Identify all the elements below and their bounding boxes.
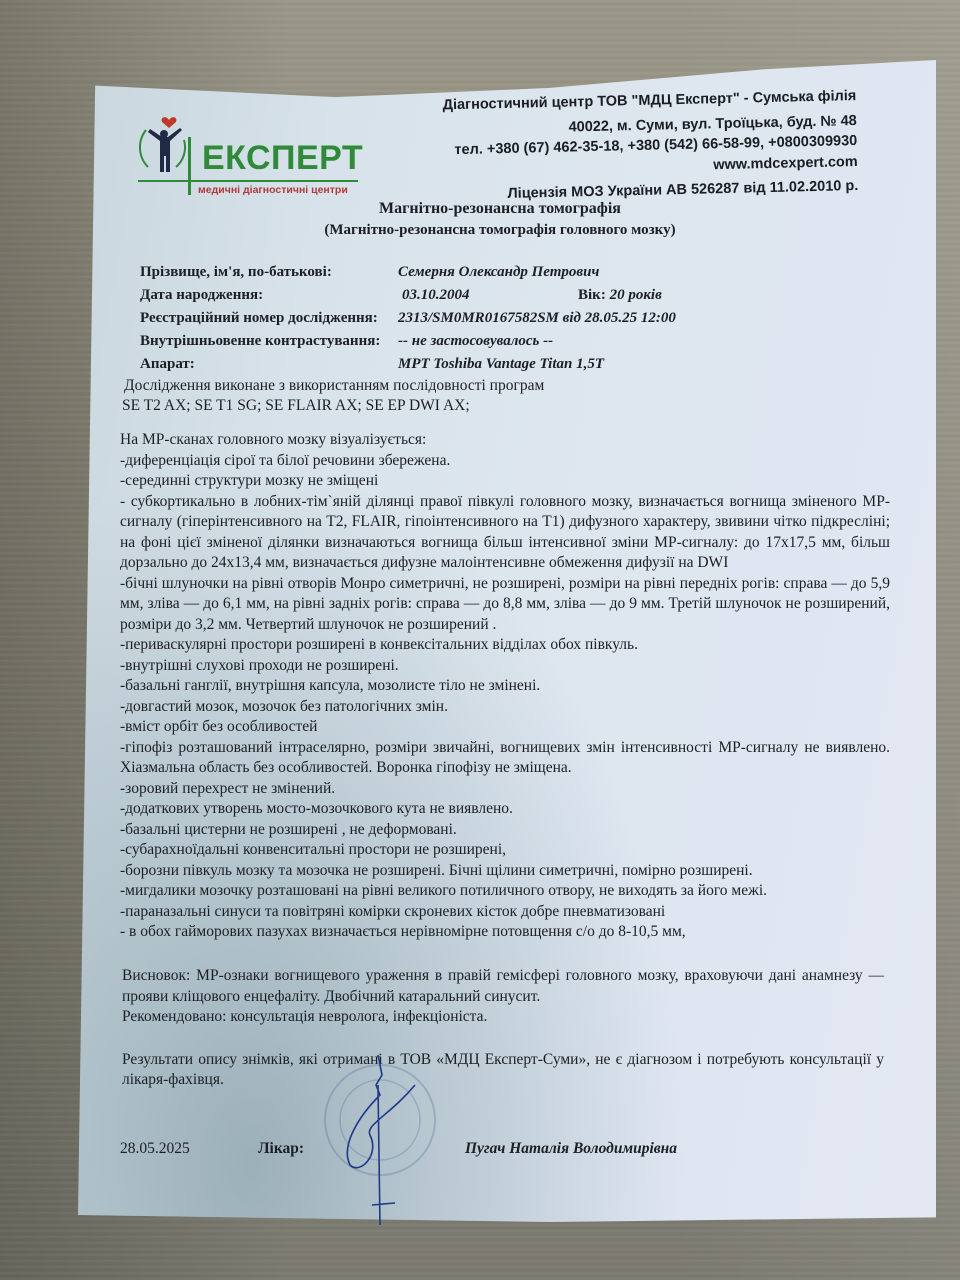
sequences-list: SE T2 AX; SE T1 SG; SE FLAIR AX; SE EP D… [122,397,470,415]
logo-vertical-line [188,137,191,195]
patient-name-label: Прізвище, ім'я, по-батькові: [140,264,332,281]
finding-item: -внутрішні слухові проходи не розширені. [120,656,890,677]
findings-intro: На МР-сканах головного мозку візуалізуєт… [120,430,890,451]
finding-item: -додаткових утворень мосто-мозочкового к… [120,799,890,820]
logo-tagline: медичні діагностичні центри [198,184,348,196]
report-date: 28.05.2025 [120,1140,190,1158]
age-label: Вік: [578,287,606,303]
registration-label: Реєстраційний номер дослідження: [140,310,378,327]
conclusion-section: Висновок: МР-ознаки вогнищевого ураження… [122,966,884,1091]
dob-value: 03.10.2004 [402,287,470,304]
doctor-name: Пугач Наталія Володимирівна [465,1140,677,1158]
document-subtitle: (Магнітно-резонансна томографія головног… [200,222,800,239]
conclusion-text: Висновок: МР-ознаки вогнищевого ураження… [122,966,884,1007]
registration-value: 2313/SM0MR0167582SM від 28.05.25 12:00 [398,310,676,327]
finding-item: -довгастий мозок, мозочок без патологічн… [120,697,890,718]
finding-item: -бічні шлуночки на рівні отворів Монро с… [120,574,890,636]
finding-item: -гіпофіз розташований інтраселярно, розм… [120,738,890,779]
finding-item: -диференціація сірої та білої речовини з… [120,451,890,472]
document-title: Магнітно-резонансна томографія [200,200,800,218]
finding-item: -борозни півкуль мозку та мозочка не роз… [120,861,890,882]
finding-item: -базальні ганглії, внутрішня капсула, мо… [120,676,890,697]
doctor-signature [320,1055,440,1225]
findings-section: На МР-сканах головного мозку візуалізуєт… [120,430,890,943]
device-label: Апарат: [140,356,195,373]
finding-item: - в обох гайморових пазухах визначається… [120,922,890,943]
finding-item: -мигдалики мозочку розташовані на рівні … [120,881,890,902]
sequences-intro: Дослідження виконане з використанням пос… [124,377,544,395]
finding-item: -параназальні синуси та повітряні комірк… [120,902,890,923]
medical-report: ЕКСПЕРТ медичні діагностичні центри Діаг… [0,0,960,1280]
findings-list: -диференціація сірої та білої речовини з… [120,451,890,943]
finding-item: -зоровий перехрест не змінений. [120,779,890,800]
clinic-header: Діагностичний центр ТОВ "МДЦ Експерт" - … [336,86,858,208]
clinic-logo: ЕКСПЕРТ медичні діагностичні центри [136,112,366,202]
age-field: Вік: 20 років [578,287,662,304]
doctor-label: Лікар: [258,1140,304,1158]
disclaimer-text: Результати опису знімків, які отримані в… [122,1050,884,1091]
finding-item: -серединні структури мозку не зміщені [120,471,890,492]
finding-item: -вміст орбіт без особливостей [120,717,890,738]
dob-label: Дата народження: [140,287,263,304]
device-value: MPT Toshiba Vantage Titan 1,5T [398,356,604,373]
finding-item: -субарахноїдальні конвенситальні простор… [120,840,890,861]
finding-item: -периваскулярні простори розширені в кон… [120,635,890,656]
finding-item: -базальні цистерни не розширені , не деф… [120,820,890,841]
logo-horizontal-line [138,180,358,182]
finding-item: - субкортикально в лобних-тім`яній ділян… [120,492,890,574]
contrast-value: -- не застосовувалось -- [398,333,553,350]
age-value: 20 років [610,287,662,303]
patient-name-value: Семерня Олександр Петрович [398,264,599,281]
recommendation-text: Рекомендовано: консультація невролога, і… [122,1007,884,1028]
contrast-label: Внутрішньовенне контрастування: [140,333,380,350]
